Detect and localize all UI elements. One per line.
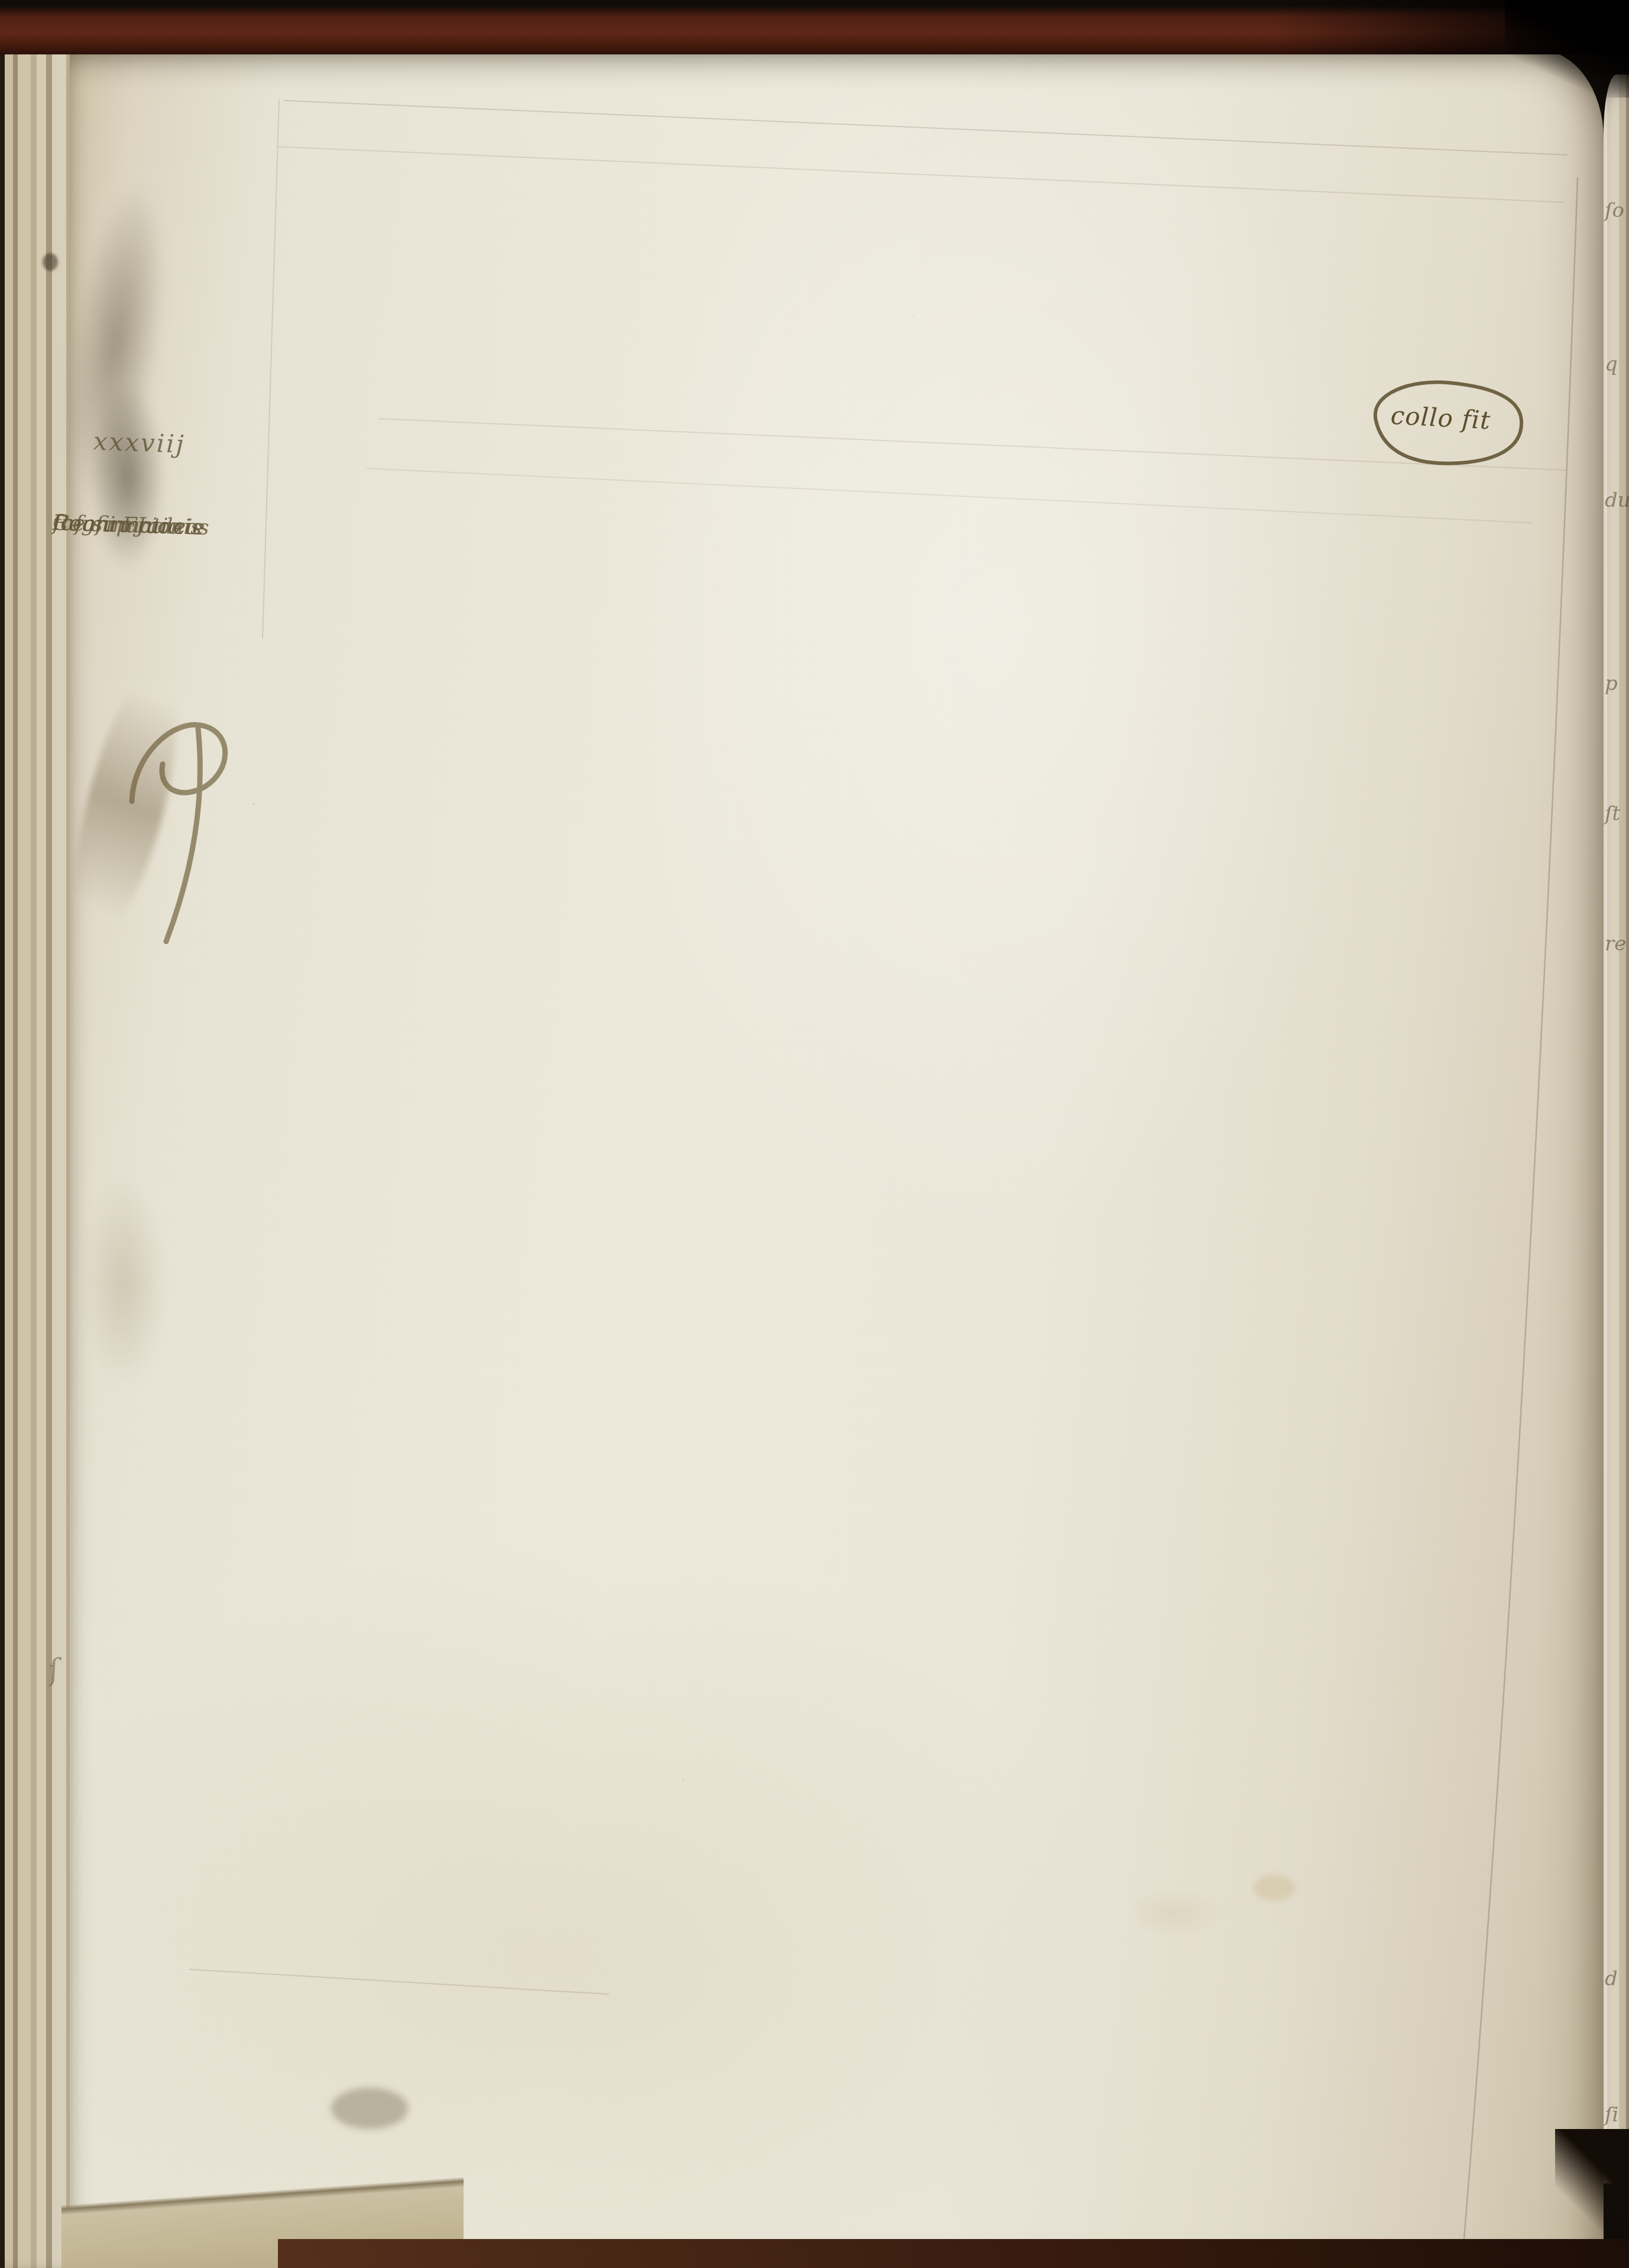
facing-page-text-fragment: re <box>1605 932 1626 956</box>
folio-number: xxxviij <box>93 426 186 458</box>
facing-page-text-fragment: p <box>1605 672 1618 695</box>
facing-page-text-fragment: ſi <box>1605 2103 1618 2127</box>
binding-top-leather <box>0 0 1629 54</box>
dark-bottom-right-corner <box>1555 2129 1629 2268</box>
yellow-spot <box>1254 1875 1295 1901</box>
facing-page-edge: ſoqdupſtredſi <box>1604 75 1629 2183</box>
lower-margin-stain <box>80 1168 169 1399</box>
facing-page-text-fragment: ſo <box>1605 199 1624 222</box>
facing-page-text-fragment: du <box>1605 488 1629 512</box>
bottom-smudge <box>331 2088 408 2129</box>
margin-smudge-stain <box>88 376 167 577</box>
ink-fleck <box>43 253 58 271</box>
parchment-page <box>70 50 1604 2268</box>
facing-page-text-fragment: d <box>1605 1967 1618 1991</box>
margin-rubric-line: Regni Francie <box>52 504 205 546</box>
facing-page-text-fragment: q <box>1605 352 1618 376</box>
binding-bottom-leather <box>278 2239 1629 2268</box>
manuscript-photo: ce a uoz le dit du couseilliez poz sur b… <box>0 0 1629 2268</box>
facing-page-text-fragment: ſt <box>1605 802 1620 826</box>
collation-mark: collo fit <box>1390 401 1492 435</box>
dark-top-right-corner <box>1505 0 1629 98</box>
